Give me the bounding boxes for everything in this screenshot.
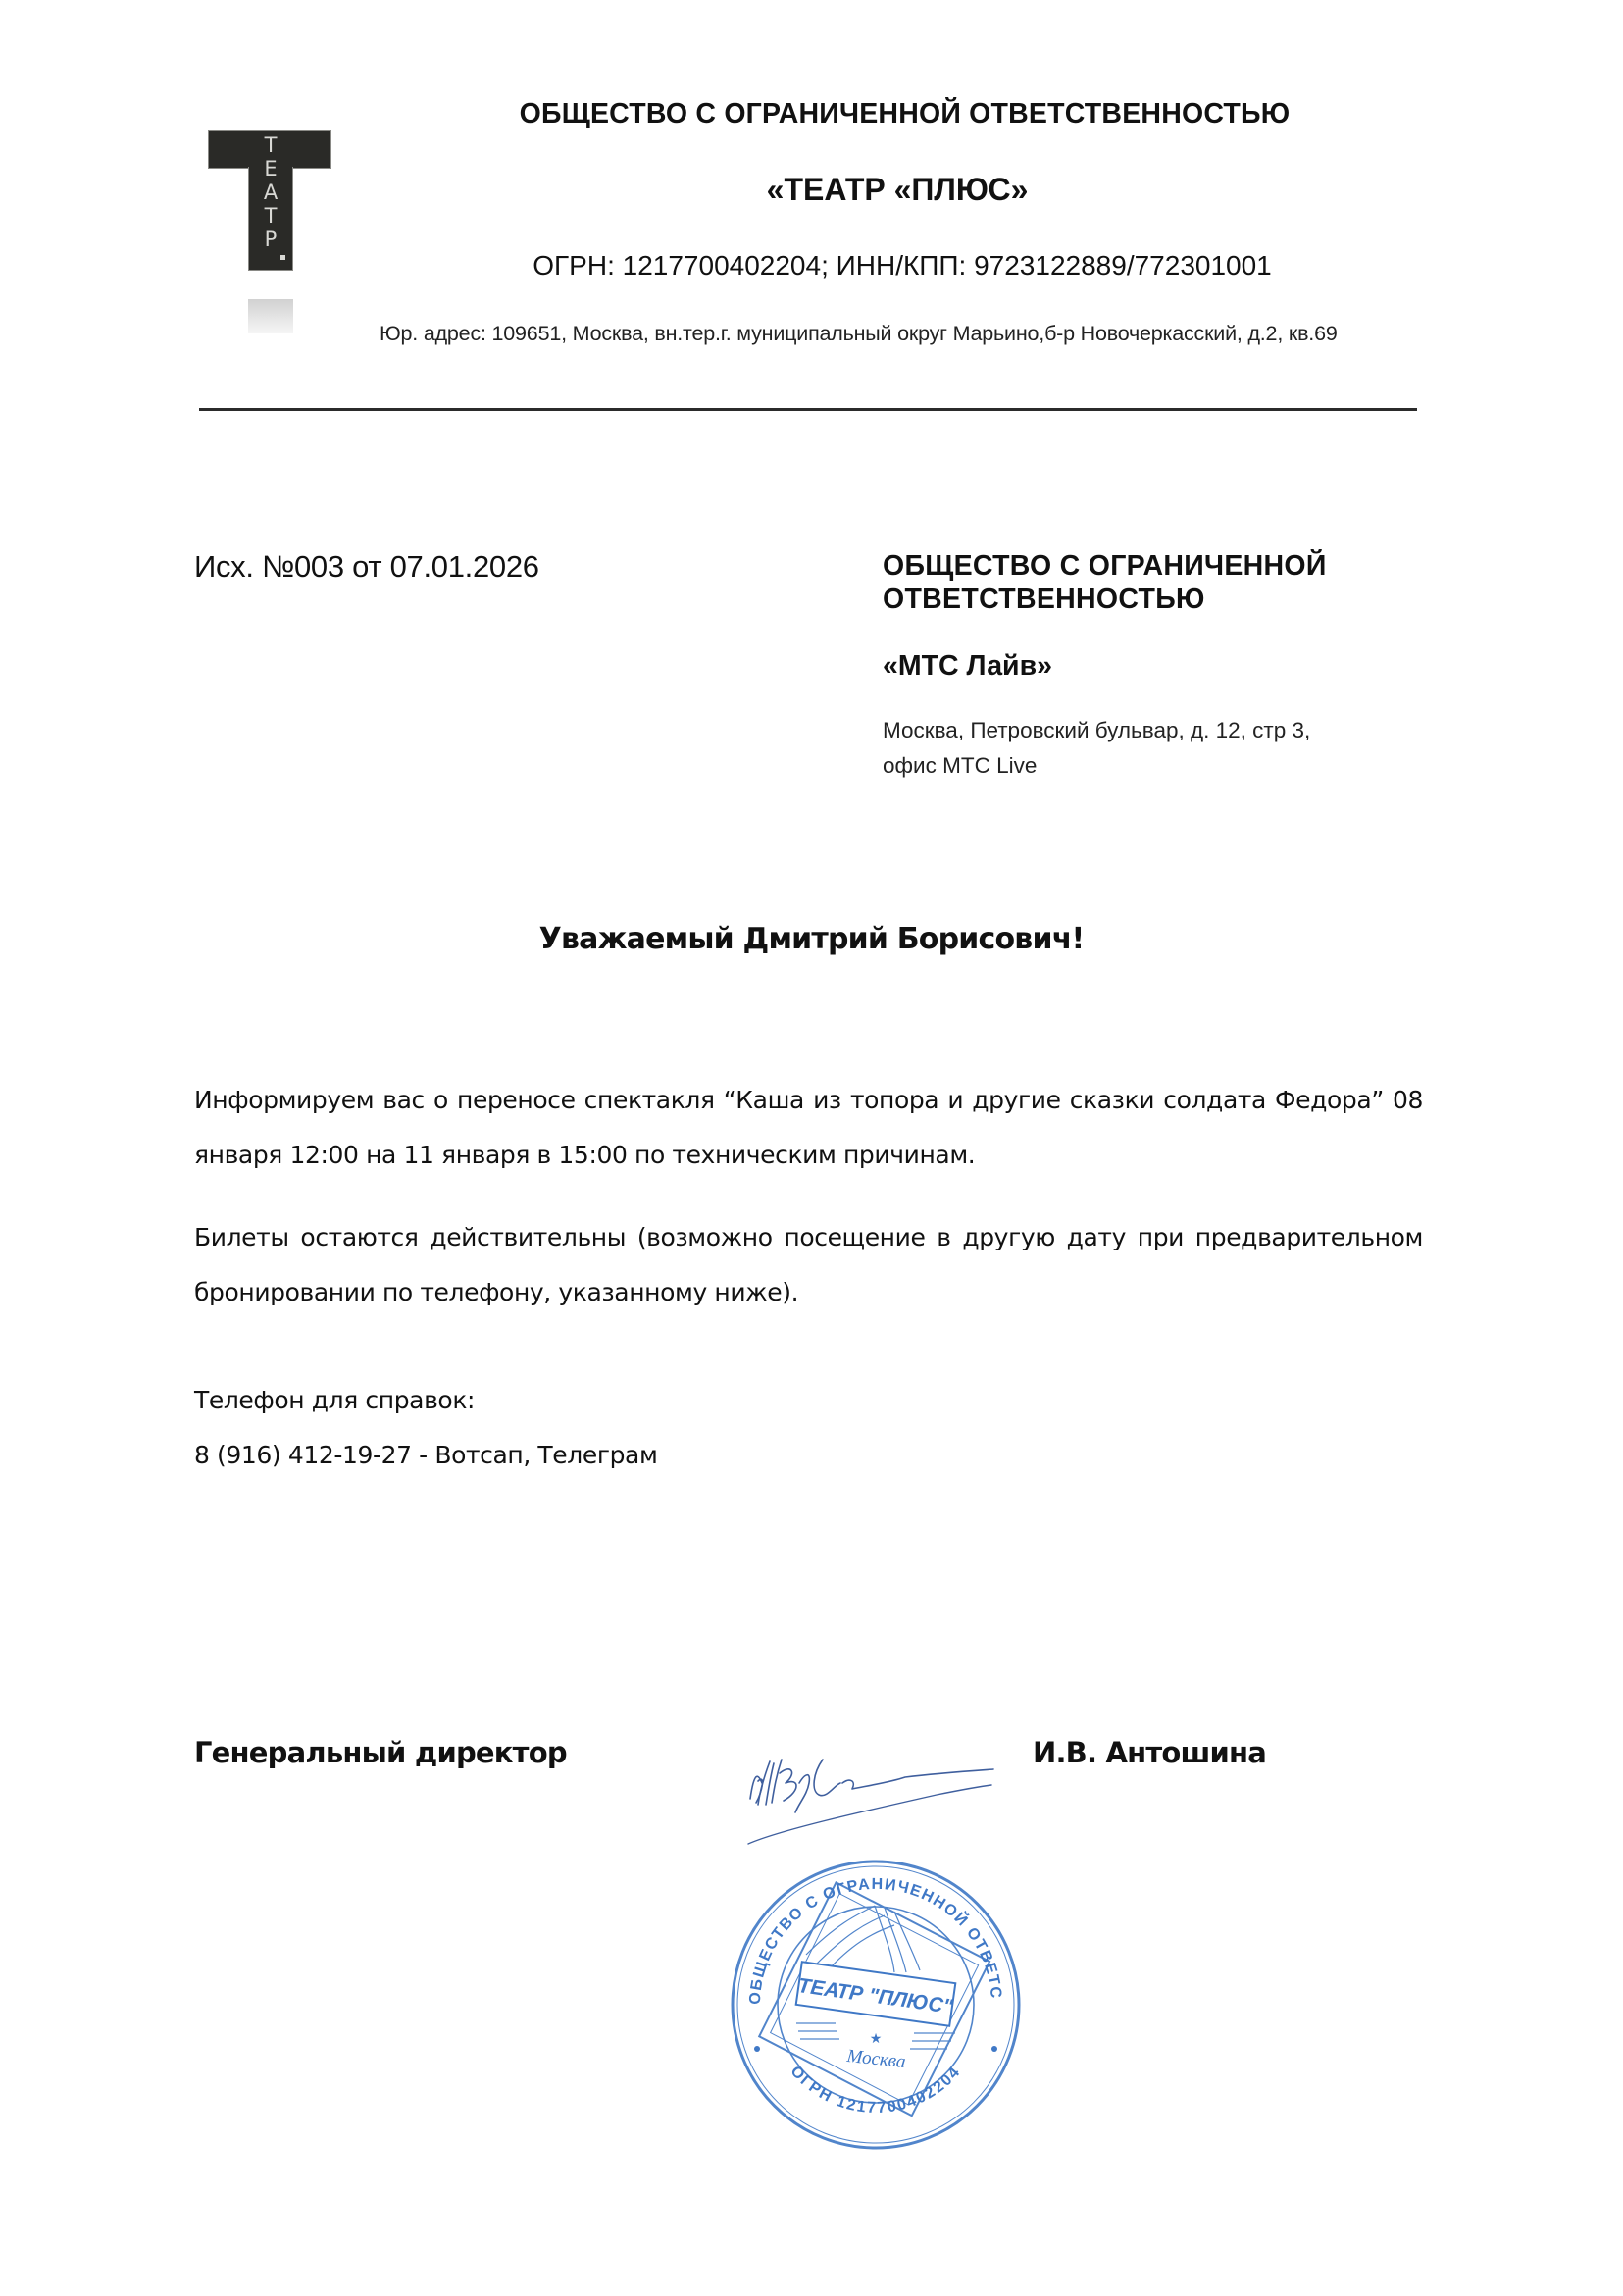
company-stamp: ТЕАТР "ПЛЮС" ★ Москва ОБЩЕСТВО С ОГРАНИЧ… (728, 1857, 1024, 2153)
letterhead-org-type: ОБЩЕСТВО С ОГРАНИЧЕННОЙ ОТВЕТСТВЕННОСТЬЮ (476, 98, 1334, 130)
recipient-address-line1: Москва, Петровский бульвар, д. 12, стр 3… (883, 713, 1432, 748)
body-paragraph-tickets: Билеты остаются действительны (возможно … (194, 1210, 1423, 1320)
recipient-org-type-line1: ОБЩЕСТВО С ОГРАНИЧЕННОЙ (883, 549, 1432, 583)
svg-text:★: ★ (870, 2030, 883, 2046)
logo-letters: Т Е А Т Р (256, 133, 285, 251)
logo-letter: Р (256, 228, 285, 251)
salutation: Уважаемый Дмитрий Борисович! (0, 922, 1623, 956)
logo-letter: Т (256, 204, 285, 228)
handwritten-signature (740, 1744, 1005, 1852)
stamp-ogrn-text: ОГРН 1217700402204 (787, 2063, 965, 2117)
stamp-city: Москва (845, 2046, 907, 2072)
letterhead-legal-address: Юр. адрес: 109651, Москва, вн.тер.г. мун… (380, 322, 1439, 346)
logo-reflection (248, 299, 293, 333)
svg-text:ОГРН 1217700402204: ОГРН 1217700402204 (787, 2063, 965, 2117)
outgoing-reference: Исх. №003 от 07.01.2026 (194, 549, 539, 585)
letterhead-divider (199, 408, 1417, 411)
logo-letter: Т (256, 133, 285, 157)
logo-dot (280, 255, 285, 260)
recipient-org-type-line2: ОТВЕТСТВЕННОСТЬЮ (883, 583, 1432, 616)
letter-page: Т Е А Т Р ОБЩЕСТВО С ОГРАНИЧЕННОЙ ОТВЕТС… (0, 0, 1623, 2296)
logo-letter: Е (256, 157, 285, 180)
logo-letter: А (256, 180, 285, 204)
body-paragraph-postponement: Информируем вас о переносе спектакля “Ка… (194, 1073, 1423, 1183)
theatre-logo: Т Е А Т Р (196, 118, 343, 343)
recipient-org-type: ОБЩЕСТВО С ОГРАНИЧЕННОЙ ОТВЕТСТВЕННОСТЬЮ (883, 549, 1432, 616)
letterhead-registration: ОГРН: 1217700402204; ИНН/КПП: 9723122889… (471, 250, 1334, 281)
letterhead-org-name: «ТЕАТР «ПЛЮС» (686, 172, 1108, 208)
recipient-address: Москва, Петровский бульвар, д. 12, стр 3… (883, 713, 1432, 784)
recipient-address-line2: офис МТС Live (883, 748, 1432, 784)
signatory-title: Генеральный директор (194, 1736, 567, 1769)
contact-label: Телефон для справок: (194, 1373, 657, 1428)
signatory-name: И.В. Антошина (1033, 1736, 1266, 1769)
recipient-block: ОБЩЕСТВО С ОГРАНИЧЕННОЙ ОТВЕТСТВЕННОСТЬЮ… (883, 549, 1432, 784)
contact-phone: 8 (916) 412-19-27 - Вотсап, Телеграм (194, 1428, 657, 1483)
contact-block: Телефон для справок: 8 (916) 412-19-27 -… (194, 1373, 657, 1483)
recipient-org-name: «МТС Лайв» (883, 649, 1432, 683)
